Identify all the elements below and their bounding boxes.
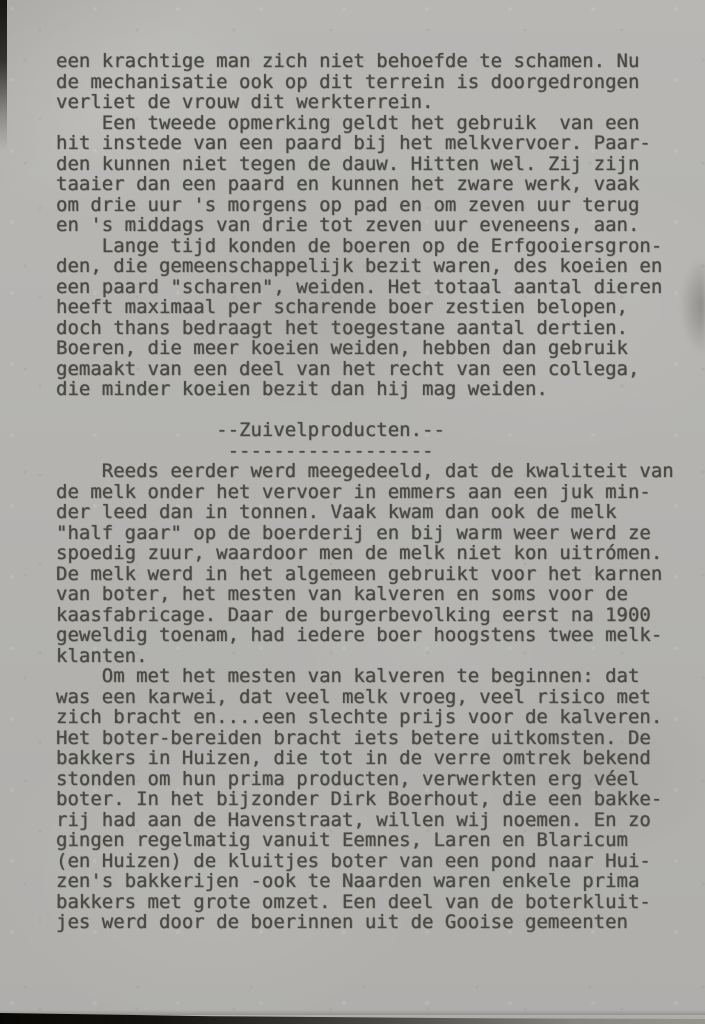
typewritten-text: een krachtige man zich niet behoefde te … — [56, 51, 674, 933]
scan-edge-left — [0, 0, 7, 150]
scan-smudge-right — [681, 260, 705, 352]
scan-edge-bottom-shadow — [0, 1010, 705, 1015]
scanned-page: een krachtige man zich niet behoefde te … — [0, 0, 705, 1024]
